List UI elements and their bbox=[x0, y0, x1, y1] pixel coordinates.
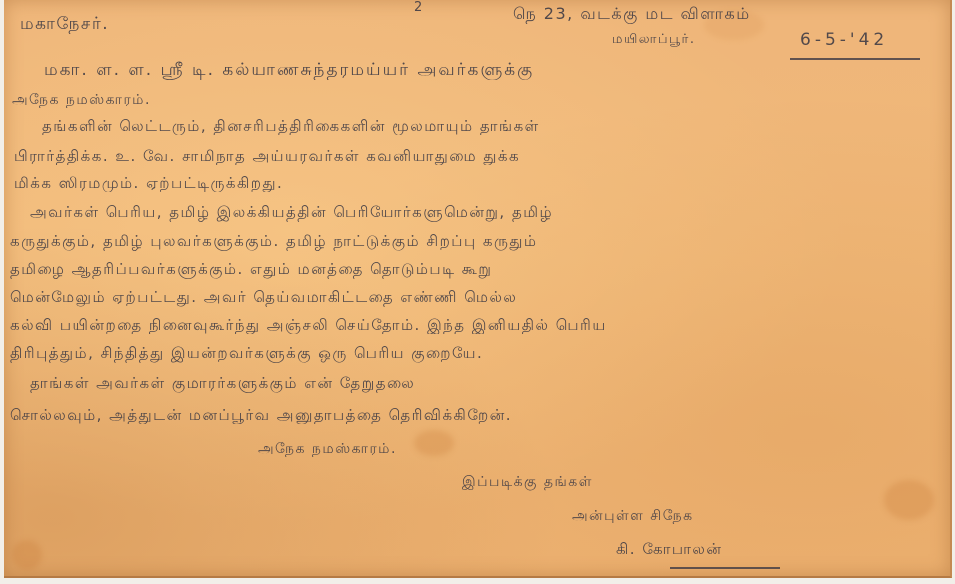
body-line: தங்களின் லெட்டரும், தினசரிபத்திரிகைகளின்… bbox=[42, 117, 540, 137]
body-line: பிரார்த்திக்க. உ. வே. சாமிநாத அய்யரவர்கள… bbox=[14, 147, 520, 167]
opening: மகாநேசர். bbox=[20, 14, 109, 36]
body-line: அவர்கள் பெரிய, தமிழ் இலக்கியத்தின் பெரிய… bbox=[30, 203, 553, 223]
signature-underline bbox=[670, 567, 780, 569]
body-line: மிக்க ஸிரமமும். ஏற்பட்டிருக்கிறது. bbox=[14, 174, 283, 194]
body-line: மென்மேலும் ஏற்பட்டது. அவர் தெய்வமாகிட்டத… bbox=[10, 288, 517, 308]
page-number: 2 bbox=[414, 0, 424, 15]
body-line: கல்வி பயின்றதை நினைவுகூர்ந்து அஞ்சலி செய… bbox=[10, 316, 607, 336]
paper-stain bbox=[12, 540, 42, 570]
closing: அநேக நமஸ்காரம். bbox=[258, 441, 397, 459]
date: 6-5-'42 bbox=[800, 30, 888, 50]
addressee-line: மகா. ள. ள. ஸ்ரீ டி. கல்யாணசுந்தரமய்யர் அ… bbox=[44, 60, 534, 82]
valediction: இப்படிக்கு தங்கள் bbox=[462, 474, 593, 492]
address-line: நெ 23, வடக்கு மட விளாகம் bbox=[513, 4, 751, 25]
paper-stain bbox=[884, 480, 934, 520]
paper-stain bbox=[414, 430, 454, 456]
body-line: தாங்கள் அவர்கள் குமாரர்களுக்கும் என் தேற… bbox=[30, 374, 415, 394]
body-line: கருதுக்கும், தமிழ் புலவர்களுக்கும். தமிழ… bbox=[10, 232, 537, 252]
place: மயிலாப்பூர். bbox=[612, 32, 695, 48]
valediction-2: அன்புள்ள சிநேக bbox=[572, 508, 694, 526]
body-line: சொல்லவும், அத்துடன் மனப்பூர்வ அனுதாபத்தை… bbox=[10, 406, 512, 426]
body-line: தமிழை ஆதரிப்பவர்களுக்கும். எதும் மனத்தை … bbox=[10, 260, 492, 280]
greeting: அநேக நமஸ்காரம். bbox=[12, 92, 151, 110]
date-underline bbox=[790, 58, 920, 60]
body-line: திரிபுத்தும், சிந்தித்து இயன்றவர்களுக்கு… bbox=[10, 344, 483, 364]
signature: கி. கோபாலன் bbox=[616, 540, 722, 560]
